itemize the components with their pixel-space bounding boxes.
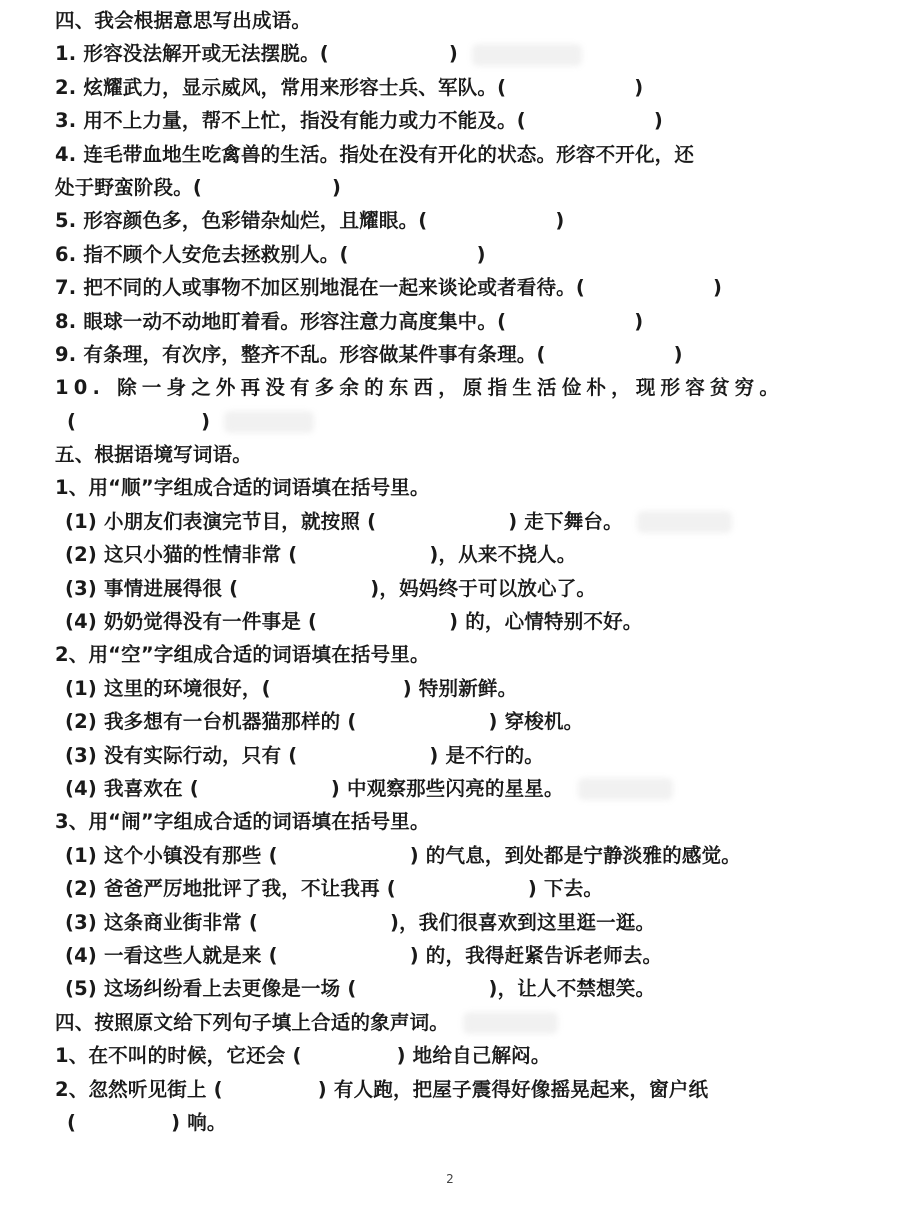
close-paren: ): [674, 343, 683, 366]
question-text: (4) 我喜欢在 (: [65, 777, 199, 800]
idiom-question-8: 8. 眼球一动不动地盯着看。形容注意力高度集中。(): [55, 305, 855, 338]
kong-question-1: (1) 这里的环境很好，() 特别新鲜。: [55, 672, 855, 705]
group-title-kong: 2、用“空”字组成合适的词语填在括号里。: [55, 638, 855, 671]
question-text: 1. 形容没法解开或无法摆脱。(: [55, 42, 329, 65]
close-paren: ): [634, 310, 643, 333]
section-heading-context-words: 五、根据语境写词语。: [55, 438, 855, 471]
idiom-question-7: 7. 把不同的人或事物不加区别地混在一起来谈论或者看待。(): [55, 271, 855, 304]
close-paren: ): [713, 276, 722, 299]
question-text: 3. 用不上力量，帮不上忙，指没有能力或力不能及。(: [55, 109, 526, 132]
question-text-after: ) 特别新鲜。: [403, 677, 518, 700]
close-paren: ): [477, 243, 486, 266]
question-text: 9. 有条理，有次序，整齐不乱。形容做某件事有条理。(: [55, 343, 546, 366]
open-paren: (: [67, 410, 76, 433]
idiom-question-3: 3. 用不上力量，帮不上忙，指没有能力或力不能及。(): [55, 104, 855, 137]
group-title-nao: 3、用“闹”字组成合适的词语填在括号里。: [55, 805, 855, 838]
question-text: (4) 奶奶觉得没有一件事是 (: [65, 610, 317, 633]
blurred-watermark: [463, 1012, 558, 1034]
question-text: (2) 爸爸严厉地批评了我，不让我再 (: [65, 877, 396, 900]
question-text-after: ) 响。: [171, 1111, 227, 1134]
question-text: (2) 我多想有一台机器猫那样的 (: [65, 710, 356, 733]
section-heading-idioms: 四、我会根据意思写出成语。: [55, 4, 855, 37]
section-heading-onomatopoeia: 四、按照原文给下列句子填上合适的象声词。: [55, 1006, 855, 1039]
question-text: 6. 指不顾个人安危去拯救别人。(: [55, 243, 349, 266]
group-title-shun: 1、用“顺”字组成合适的词语填在括号里。: [55, 471, 855, 504]
shun-question-3: (3) 事情进展得很 ()，妈妈终于可以放心了。: [55, 572, 855, 605]
nao-question-3: (3) 这条商业街非常 ()，我们很喜欢到这里逛一逛。: [55, 906, 855, 939]
question-text-after: ) 的气息，到处都是宁静淡雅的感觉。: [410, 844, 741, 867]
question-text: (4) 一看这些人就是来 (: [65, 944, 278, 967]
question-text-after: ) 走下舞台。: [508, 510, 623, 533]
idiom-question-5: 5. 形容颜色多，色彩错杂灿烂，且耀眼。(): [55, 204, 855, 237]
question-text: 处于野蛮阶段。(: [55, 176, 202, 199]
idiom-question-4-line2: 处于野蛮阶段。(): [55, 171, 855, 204]
nao-question-4: (4) 一看这些人就是来 () 的，我得赶紧告诉老师去。: [55, 939, 855, 972]
question-text: (5) 这场纠纷看上去更像是一场 (: [65, 977, 356, 1000]
close-paren: ): [449, 42, 458, 65]
idiom-question-4-line1: 4. 连毛带血地生吃禽兽的生活。指处在没有开化的状态。形容不开化，还: [55, 138, 855, 171]
kong-question-3: (3) 没有实际行动，只有 () 是不行的。: [55, 739, 855, 772]
question-text: (3) 这条商业街非常 (: [65, 911, 258, 934]
question-text: (3) 事情进展得很 (: [65, 577, 238, 600]
shun-question-2: (2) 这只小猫的性情非常 ()，从来不挠人。: [55, 538, 855, 571]
blurred-watermark: [224, 411, 314, 433]
blurred-watermark: [578, 778, 673, 800]
question-text: (1) 这里的环境很好，(: [65, 677, 271, 700]
question-text-after: ) 有人跑，把屋子震得好像摇晃起来，窗户纸: [318, 1078, 708, 1101]
idiom-question-1: 1. 形容没法解开或无法摆脱。(): [55, 37, 855, 70]
blurred-watermark: [637, 511, 732, 533]
question-text-after: ) 中观察那些闪亮的星星。: [331, 777, 564, 800]
kong-question-2: (2) 我多想有一台机器猫那样的 () 穿梭机。: [55, 705, 855, 738]
question-text-after: ) 的，我得赶紧告诉老师去。: [410, 944, 663, 967]
kong-question-4: (4) 我喜欢在 () 中观察那些闪亮的星星。: [55, 772, 855, 805]
nao-question-5: (5) 这场纠纷看上去更像是一场 ()，让人不禁想笑。: [55, 972, 855, 1005]
close-paren: ): [555, 209, 564, 232]
idiom-question-10-line1: 10. 除一身之外再没有多余的东西，原指生活俭朴，现形容贫穷。: [55, 371, 855, 404]
idiom-question-10-line2: (): [55, 405, 855, 438]
onomatopoeia-question-2-line2: () 响。: [55, 1106, 855, 1139]
question-text-after: ) 的，心情特别不好。: [449, 610, 642, 633]
question-text: 7. 把不同的人或事物不加区别地混在一起来谈论或者看待。(: [55, 276, 585, 299]
open-paren: (: [67, 1111, 76, 1134]
question-text: 5. 形容颜色多，色彩错杂灿烂，且耀眼。(: [55, 209, 427, 232]
question-text: 1、在不叫的时候，它还会 (: [55, 1044, 302, 1067]
question-text: 2、忽然听见街上 (: [55, 1078, 223, 1101]
question-text-after: )，我们很喜欢到这里逛一逛。: [390, 911, 655, 934]
page-number: 2: [0, 1172, 900, 1186]
question-text-after: )，妈妈终于可以放心了。: [370, 577, 596, 600]
section-heading-text: 四、按照原文给下列句子填上合适的象声词。: [55, 1011, 449, 1034]
idiom-question-6: 6. 指不顾个人安危去拯救别人。(): [55, 238, 855, 271]
idiom-question-9: 9. 有条理，有次序，整齐不乱。形容做某件事有条理。(): [55, 338, 855, 371]
question-text-after: )，从来不挠人。: [429, 543, 576, 566]
close-paren: ): [332, 176, 341, 199]
idiom-question-2: 2. 炫耀武力，显示威风，常用来形容士兵、军队。(): [55, 71, 855, 104]
close-paren: ): [634, 76, 643, 99]
onomatopoeia-question-1: 1、在不叫的时候，它还会 () 地给自己解闷。: [55, 1039, 855, 1072]
nao-question-1: (1) 这个小镇没有那些 () 的气息，到处都是宁静淡雅的感觉。: [55, 839, 855, 872]
question-text: (1) 小朋友们表演完节目，就按照 (: [65, 510, 376, 533]
close-paren: ): [201, 410, 210, 433]
nao-question-2: (2) 爸爸严厉地批评了我，不让我再 () 下去。: [55, 872, 855, 905]
worksheet-page: 四、我会根据意思写出成语。 1. 形容没法解开或无法摆脱。() 2. 炫耀武力，…: [55, 4, 855, 1139]
question-text-after: ) 地给自己解闷。: [397, 1044, 551, 1067]
shun-question-4: (4) 奶奶觉得没有一件事是 () 的，心情特别不好。: [55, 605, 855, 638]
question-text-after: )，让人不禁想笑。: [488, 977, 655, 1000]
question-text-after: ) 下去。: [528, 877, 603, 900]
question-text: 10. 除一身之外再没有多余的东西，原指生活俭朴，现形容贫穷。: [55, 376, 784, 399]
question-text-after: ) 穿梭机。: [488, 710, 583, 733]
question-text-after: ) 是不行的。: [429, 744, 544, 767]
blurred-watermark: [472, 44, 582, 66]
question-text: 8. 眼球一动不动地盯着看。形容注意力高度集中。(: [55, 310, 506, 333]
question-text: (1) 这个小镇没有那些 (: [65, 844, 278, 867]
shun-question-1: (1) 小朋友们表演完节目，就按照 () 走下舞台。: [55, 505, 855, 538]
question-text: 2. 炫耀武力，显示威风，常用来形容士兵、军队。(: [55, 76, 506, 99]
question-text: 4. 连毛带血地生吃禽兽的生活。指处在没有开化的状态。形容不开化，还: [55, 143, 694, 166]
onomatopoeia-question-2-line1: 2、忽然听见街上 () 有人跑，把屋子震得好像摇晃起来，窗户纸: [55, 1073, 855, 1106]
close-paren: ): [654, 109, 663, 132]
question-text: (3) 没有实际行动，只有 (: [65, 744, 297, 767]
question-text: (2) 这只小猫的性情非常 (: [65, 543, 297, 566]
